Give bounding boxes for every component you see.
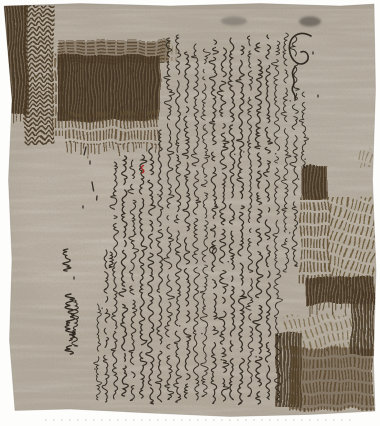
rug-photo xyxy=(0,0,380,426)
patch-upper-core xyxy=(58,55,160,121)
patch-right-faint-top xyxy=(358,150,375,168)
patch-upper-lower xyxy=(64,112,160,144)
edge-smudge xyxy=(221,17,247,26)
patch-right-solid xyxy=(302,166,328,200)
patch-right-column xyxy=(300,197,330,283)
artwork xyxy=(0,0,380,426)
patch-left-zigzag-block xyxy=(24,6,54,144)
patch-bottom-main xyxy=(289,348,373,410)
patch-bottom-right-col xyxy=(352,290,374,356)
edge-smudge xyxy=(299,17,321,27)
